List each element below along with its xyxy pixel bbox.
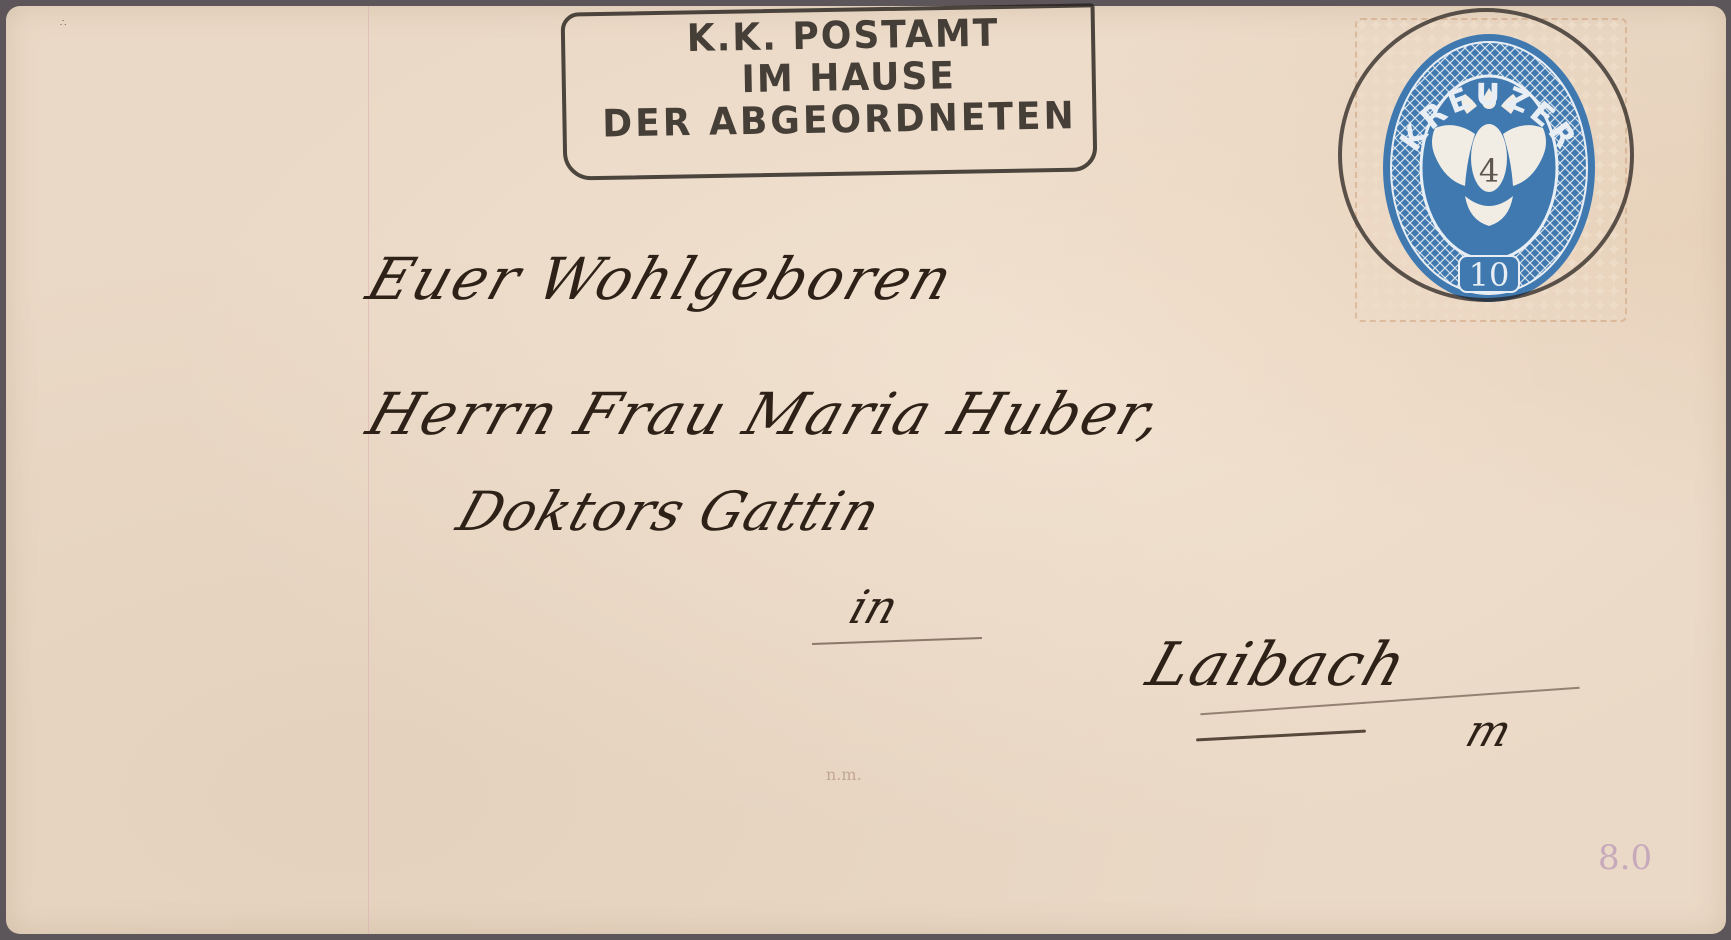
ink-speck: ∴: [60, 18, 66, 29]
address-line: Doktors Gattin: [450, 480, 889, 543]
cancel-ring: [1338, 8, 1634, 302]
pencil-note: 8.0: [1598, 838, 1652, 878]
address-line: Laibach: [1139, 630, 1417, 700]
postmark-line: DER ABGEORDNETEN: [586, 96, 1093, 145]
postmark-line: K.K. POSTAMT: [595, 12, 1092, 61]
postmark-box: K.K. POSTAMT IM HAUSE DER ABGEORDNETEN: [561, 3, 1098, 180]
faint-note: n.m.: [826, 765, 862, 784]
address-line: Euer Wohlgeboren: [359, 245, 963, 313]
margin-line: [368, 6, 369, 934]
address-line: Herrn Frau Maria Huber,: [359, 380, 1174, 448]
